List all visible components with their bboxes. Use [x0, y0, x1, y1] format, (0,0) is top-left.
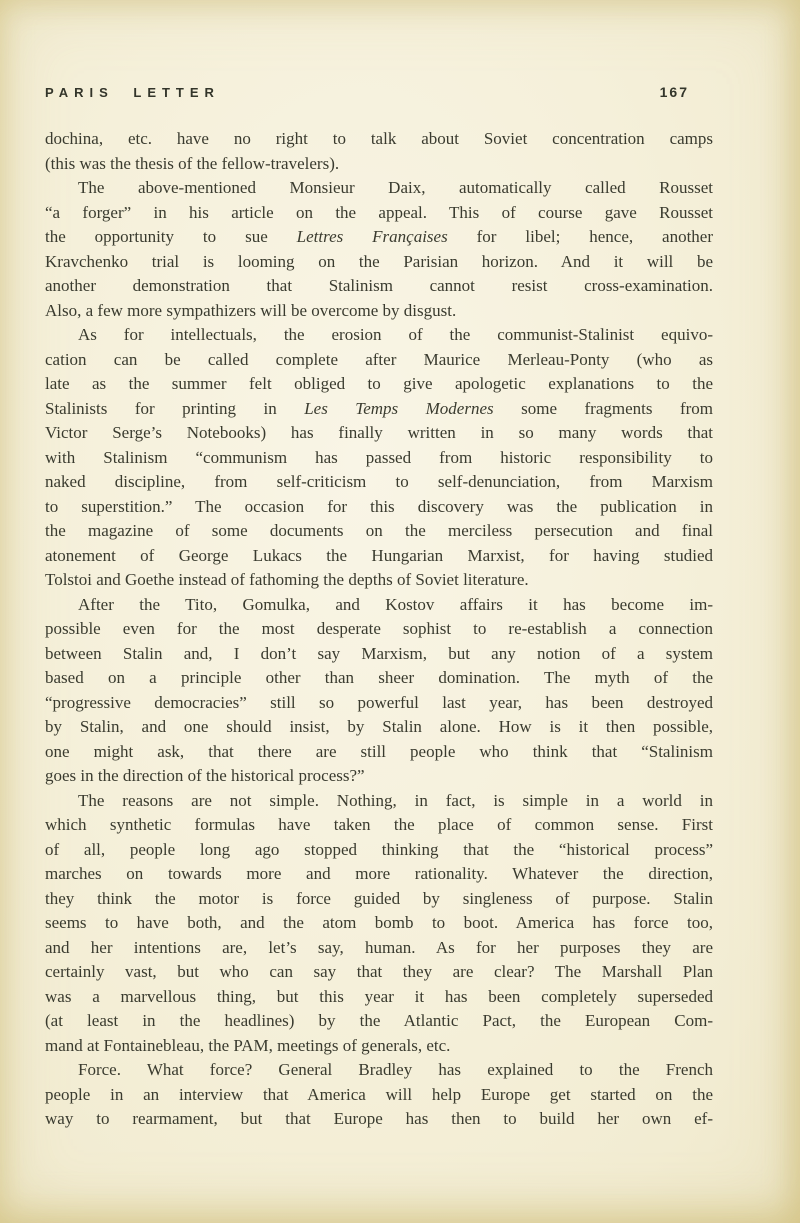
text-line: Stalinists for printing in Les Temps Mod… — [45, 397, 713, 422]
text-line: was a marvellous thing, but this year it… — [45, 985, 713, 1010]
text-line: atonement of George Lukacs the Hungarian… — [45, 544, 713, 569]
text-line: with Stalinism “communism has passed fro… — [45, 446, 713, 471]
text-line: The above-mentioned Monsieur Daix, autom… — [45, 176, 713, 201]
text-line: they think the motor is force guided by … — [45, 887, 713, 912]
text-line: late as the summer felt obliged to give … — [45, 372, 713, 397]
text-line: which synthetic formulas have taken the … — [45, 813, 713, 838]
text-line: by Stalin, and one should insist, by Sta… — [45, 715, 713, 740]
text-line: of all, people long ago stopped thinking… — [45, 838, 713, 863]
text-line: dochina, etc. have no right to talk abou… — [45, 127, 713, 152]
text-line: people in an interview that America will… — [45, 1083, 713, 1108]
text-line: naked discipline, from self-criticism to… — [45, 470, 713, 495]
text-line: “a forger” in his article on the appeal.… — [45, 201, 713, 226]
text-line: (this was the thesis of the fellow-trave… — [45, 152, 713, 177]
text-line: Kravchenko trial is looming on the Paris… — [45, 250, 713, 275]
text-line: (at least in the headlines) by the Atlan… — [45, 1009, 713, 1034]
page-body: dochina, etc. have no right to talk abou… — [45, 127, 713, 1132]
page-content: PARIS LETTER 167 dochina, etc. have no r… — [45, 84, 713, 1132]
text-line: marches on towards more and more rationa… — [45, 862, 713, 887]
text-line: Victor Serge’s Notebooks) has finally wr… — [45, 421, 713, 446]
text-line: the magazine of some documents on the me… — [45, 519, 713, 544]
text-line: goes in the direction of the historical … — [45, 764, 713, 789]
text-line: one might ask, that there are still peop… — [45, 740, 713, 765]
text-line: Force. What force? General Bradley has e… — [45, 1058, 713, 1083]
page-title: PARIS LETTER — [45, 85, 220, 100]
text-line: The reasons are not simple. Nothing, in … — [45, 789, 713, 814]
text-line: between Stalin and, I don’t say Marxism,… — [45, 642, 713, 667]
text-line: cation can be called complete after Maur… — [45, 348, 713, 373]
text-line: to superstition.” The occasion for this … — [45, 495, 713, 520]
text-line: “progressive democracies” still so power… — [45, 691, 713, 716]
text-line: possible even for the most desperate sop… — [45, 617, 713, 642]
text-line: certainly vast, but who can say that the… — [45, 960, 713, 985]
text-line: Also, a few more sympathizers will be ov… — [45, 299, 713, 324]
text-line: another demonstration that Stalinism can… — [45, 274, 713, 299]
text-line: based on a principle other than sheer do… — [45, 666, 713, 691]
text-line: mand at Fontainebleau, the PAM, meetings… — [45, 1034, 713, 1059]
text-line: Tolstoi and Goethe instead of fathoming … — [45, 568, 713, 593]
page-number: 167 — [660, 84, 713, 100]
text-line: way to rearmament, but that Europe has t… — [45, 1107, 713, 1132]
text-line: As for intellectuals, the erosion of the… — [45, 323, 713, 348]
text-line: After the Tito, Gomulka, and Kostov affa… — [45, 593, 713, 618]
text-line: and her intentions are, let’s say, human… — [45, 936, 713, 961]
running-head: PARIS LETTER 167 — [45, 84, 713, 100]
scanned-book-page: PARIS LETTER 167 dochina, etc. have no r… — [0, 0, 800, 1223]
text-line: seems to have both, and the atom bomb to… — [45, 911, 713, 936]
text-line: the opportunity to sue Lettres Française… — [45, 225, 713, 250]
